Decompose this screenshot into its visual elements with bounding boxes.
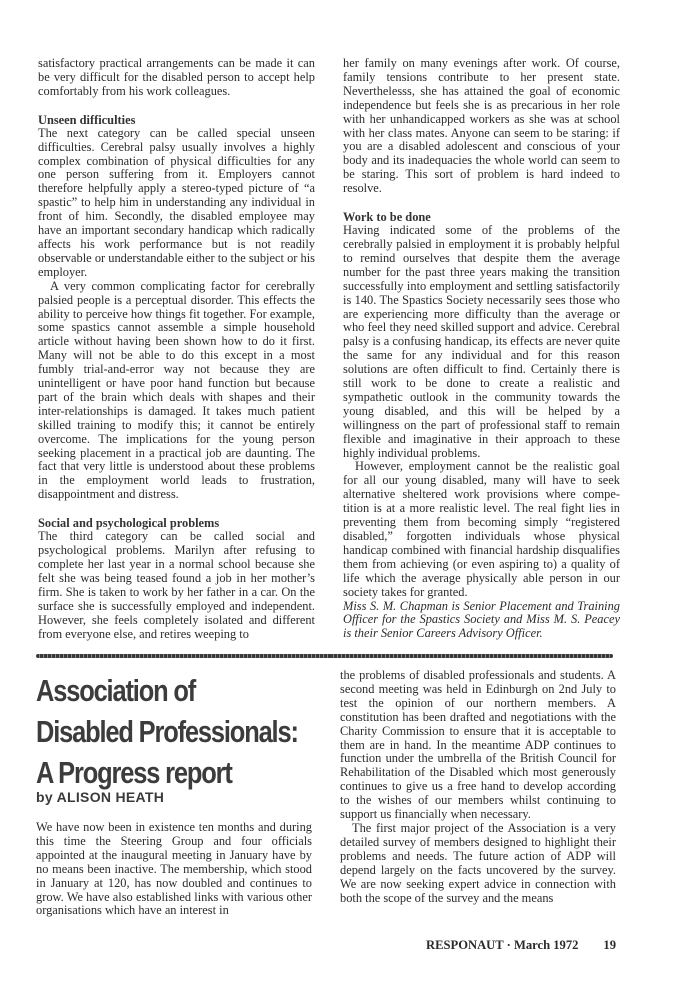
headline-line: Association of [36, 670, 274, 711]
section-heading-social-psychological: Social and psychological problems [38, 516, 315, 530]
body-paragraph: A very common complicating factor for ce… [38, 280, 315, 503]
article-divider-right [330, 654, 613, 658]
section-heading-unseen-difficulties: Unseen difficulties [38, 113, 315, 127]
byline: by ALISON HEATH [36, 789, 164, 805]
page-footer: RESPONAUT · March 1972 19 [426, 938, 616, 953]
publication-name: RESPONAUT · March 1972 [426, 938, 578, 953]
intro-paragraph: her family on many evenings after work. … [343, 57, 620, 196]
headline-line: Disabled Professionals: [36, 711, 274, 752]
article-headline: Association of Disabled Professionals: A… [36, 670, 274, 793]
body-paragraph: The third category can be called social … [38, 530, 315, 641]
left-column-new-article: We have now been in existence ten months… [36, 821, 312, 918]
body-paragraph: The first major project of the Associati… [340, 822, 616, 905]
right-column-new-article: the problems of disabled professionals a… [340, 669, 616, 905]
section-heading-work-to-be-done: Work to be done [343, 210, 620, 224]
right-column-continued-article: her family on many evenings after work. … [343, 57, 620, 641]
body-paragraph: the problems of disabled professionals a… [340, 669, 616, 822]
headline-line: A Progress report [36, 752, 274, 793]
intro-paragraph: satisfactory practical arrangements can … [38, 57, 315, 99]
body-paragraph: Having indicated some of the problems of… [343, 224, 620, 460]
left-column-continued-article: satisfactory practical arrangements can … [38, 57, 315, 641]
author-credit: Miss S. M. Chapman is Senior Placement a… [343, 600, 620, 642]
body-paragraph: The next category can be called special … [38, 127, 315, 280]
page-number: 19 [603, 938, 616, 953]
body-paragraph: We have now been in existence ten months… [36, 821, 312, 918]
body-paragraph: However, employment cannot be the realis… [343, 460, 620, 599]
